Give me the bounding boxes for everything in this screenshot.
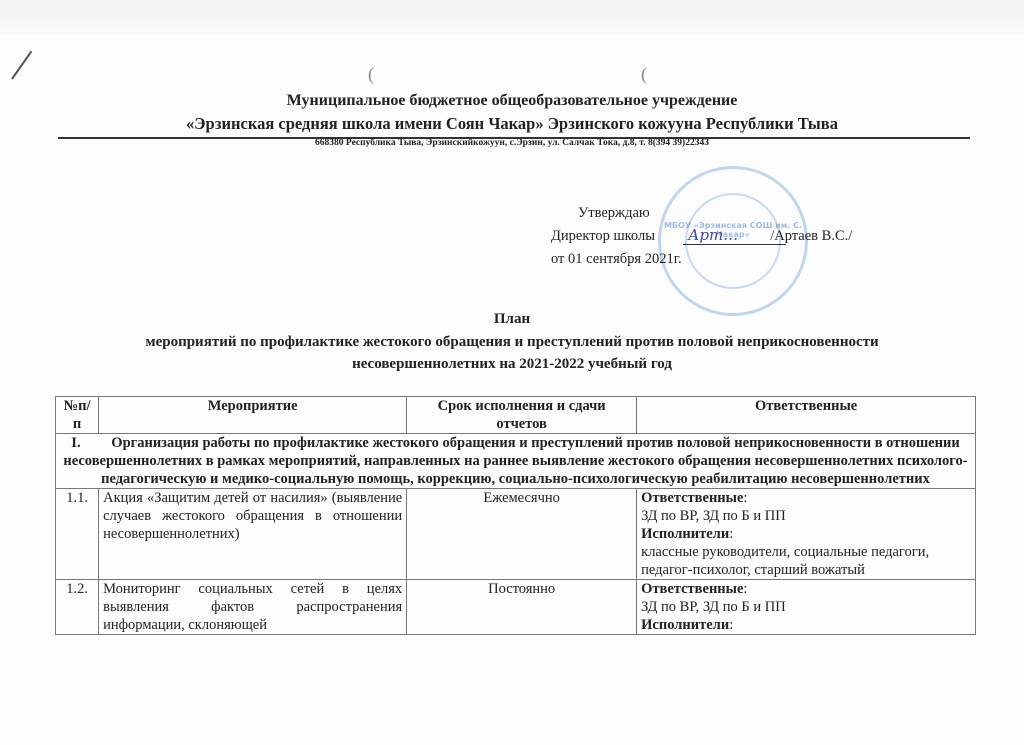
row-number: 1.2. bbox=[56, 580, 99, 635]
row-deadline: Ежемесячно bbox=[407, 489, 637, 580]
signature-line bbox=[683, 244, 786, 245]
table-row: 1.1. Акция «Защитим детей от насилия» (в… bbox=[56, 489, 976, 580]
director-name: /Артаев В.С./ bbox=[770, 228, 852, 244]
executors-label: Исполнители bbox=[641, 617, 729, 633]
row-deadline: Постоянно bbox=[407, 580, 637, 635]
header-deadline: Срок исполнения и сдачи отчетов bbox=[407, 397, 637, 434]
responsible-value: ЗД по ВР, ЗД по Б и ПП bbox=[641, 508, 786, 524]
section-text: Организация работы по профилактике жесто… bbox=[63, 435, 967, 487]
row-number: 1.1. bbox=[56, 489, 99, 580]
row-activity: Мониторинг социальных сетей в целях выяв… bbox=[99, 580, 407, 635]
scanned-page: ( ( Муниципальное бюджетное общеобразова… bbox=[0, 0, 1024, 745]
table-row: 1.2. Мониторинг социальных сетей в целях… bbox=[56, 580, 976, 635]
director-label: Директор школы bbox=[551, 228, 655, 244]
responsible-label: Ответственные bbox=[641, 490, 743, 506]
row-responsible: Ответственные: ЗД по ВР, ЗД по Б и ПП Ис… bbox=[637, 580, 976, 635]
pen-slash-mark bbox=[11, 51, 32, 80]
plan-subtitle-line2: несовершеннолетних на 2021-2022 учебный … bbox=[0, 356, 1024, 373]
org-name-line1: Муниципальное бюджетное общеобразователь… bbox=[0, 92, 1024, 110]
executors-label: Исполнители bbox=[641, 526, 729, 542]
responsible-label: Ответственные bbox=[641, 581, 743, 597]
approve-label: Утверждаю bbox=[578, 205, 650, 222]
org-name-line2: «Эрзинская средняя школа имени Соян Чака… bbox=[0, 114, 1024, 134]
responsible-value: ЗД по ВР, ЗД по Б и ПП bbox=[641, 599, 786, 615]
header-num: №п/п bbox=[56, 397, 99, 434]
plan-table: №п/п Мероприятие Срок исполнения и сдачи… bbox=[55, 396, 976, 635]
row-responsible: Ответственные: ЗД по ВР, ЗД по Б и ПП Ис… bbox=[637, 489, 976, 580]
org-address: 668380 Республика Тыва, Эрзинскийкожуун,… bbox=[0, 138, 1024, 148]
section-heading: I.Организация работы по профилактике жес… bbox=[56, 434, 976, 489]
header-responsible: Ответственные bbox=[637, 397, 976, 434]
plan-subtitle-line1: мероприятий по профилактике жестокого об… bbox=[0, 334, 1024, 351]
header-activity: Мероприятие bbox=[99, 397, 407, 434]
section-number: I. bbox=[71, 434, 111, 452]
signature: Арт… bbox=[688, 226, 738, 244]
table-header-row: №п/п Мероприятие Срок исполнения и сдачи… bbox=[56, 397, 976, 434]
approval-date: от 01 сентября 2021г. bbox=[551, 251, 682, 268]
executors-value: классные руководители, социальные педаго… bbox=[641, 544, 929, 578]
punch-hole-mark-right: ( bbox=[641, 64, 647, 85]
section-row: I.Организация работы по профилактике жес… bbox=[56, 434, 976, 489]
punch-hole-mark-left: ( bbox=[368, 64, 374, 85]
scan-edge-shadow bbox=[0, 0, 1024, 34]
plan-title: План bbox=[0, 311, 1024, 328]
row-activity: Акция «Защитим детей от насилия» (выявле… bbox=[99, 489, 407, 580]
